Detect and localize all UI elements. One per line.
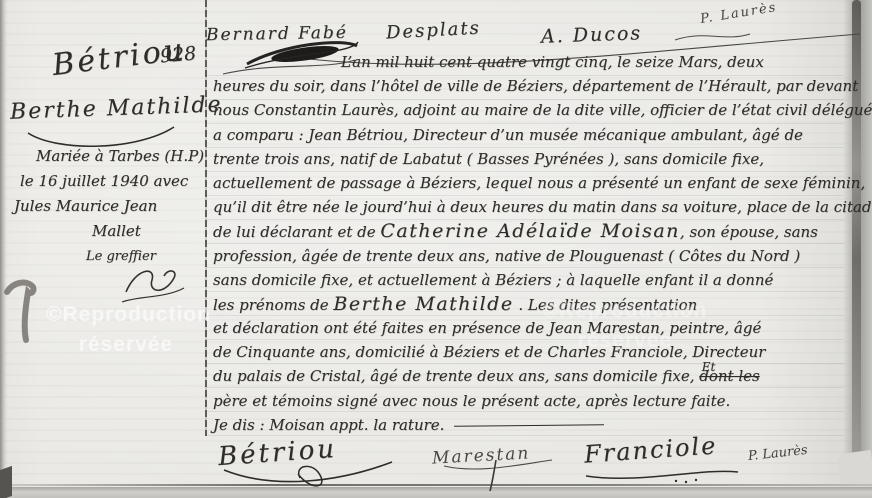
marriage-annotation-line: Mariée à Tarbes (H.P): [36, 144, 204, 169]
marriage-annotation-line: Jules Maurice Jean: [14, 194, 204, 219]
marestan-paraph-flourish: [438, 458, 558, 498]
interline-correction: Et: [702, 360, 716, 374]
act-text-line: sans domicile fixe, et actuellement à Bé…: [213, 268, 861, 292]
page-corner-bottom-left: [0, 466, 12, 498]
act-text: L’an mil huit cent quatre vingt cinq, le…: [341, 53, 764, 71]
act-text: les prénoms de: [213, 296, 333, 314]
act-text-line: heures du soir, dans l’hôtel de ville de…: [213, 74, 861, 98]
act-text: sans domicile fixe, et actuellement à Bé…: [213, 271, 773, 289]
act-text-line: nous Constantin Laurès, adjoint au maire…: [213, 98, 861, 122]
act-text-line: trente trois ans, natif de Labatut ( Bas…: [213, 147, 861, 171]
footer-signature-laures: P. Laurès: [747, 443, 808, 464]
act-text: nous Constantin Laurès, adjoint au maire…: [213, 101, 872, 119]
act-text-line: L’an mil huit cent quatre vingt cinq, le…: [213, 50, 861, 74]
clerk-paraph-flourish: [118, 262, 190, 310]
act-text: père et témoins signé avec nous le prése…: [213, 392, 730, 410]
marriage-annotation-line: le 16 juillet 1940 avec: [20, 169, 204, 194]
act-text-line: profession, âgée de trente deux ans, nat…: [213, 244, 861, 268]
page-left-edge: [0, 0, 6, 498]
act-text: trente trois ans, natif de Labatut ( Bas…: [213, 150, 764, 168]
birth-register-scan: Bétriou 928 Berthe Mathilde Mariée à Tar…: [0, 0, 872, 498]
pencil-mark: [2, 276, 50, 358]
act-text-line: les prénoms de Berthe Mathilde . Les dit…: [213, 292, 861, 316]
act-text-line: Je dis : Moisan appt. la rature.: [213, 413, 861, 437]
mother-name: Catherine Adélaïde Moisan: [380, 220, 680, 242]
act-text: , son épouse, sans: [680, 223, 818, 241]
spouse-surname: Mallet: [92, 219, 204, 244]
child-name: Berthe Mathilde: [333, 293, 513, 315]
act-text: a comparu : Jean Bétriou, Directeur d’un…: [213, 126, 803, 144]
watermark-text: réservée: [46, 330, 206, 360]
act-text: du palais de Cristal, âgé de trente deux…: [213, 367, 699, 385]
franciole-paraph-flourish: [580, 464, 745, 490]
betriou-paraph-flourish: [214, 452, 404, 498]
margin-given-names: Berthe Mathilde: [10, 92, 223, 124]
act-text: actuellement de passage à Béziers, leque…: [213, 174, 865, 192]
act-text: de Cinquante ans, domicilié à Béziers et…: [213, 343, 765, 361]
act-text: profession, âgée de trente deux ans, nat…: [213, 247, 800, 265]
closing-dash-flourish: [454, 425, 604, 428]
act-text-line: de Cinquante ans, domicilié à Béziers et…: [213, 340, 861, 364]
act-text-line: du palais de Cristal, âgé de trente deux…: [213, 364, 861, 388]
act-text: qu’il dit être née le jourd’hui à deux h…: [213, 198, 872, 216]
act-number: 928: [159, 42, 197, 67]
act-text-line: actuellement de passage à Béziers, leque…: [213, 171, 861, 195]
act-text: heures du soir, dans l’hôtel de ville de…: [213, 77, 858, 95]
act-text-line: a comparu : Jean Bétriou, Directeur d’un…: [213, 123, 861, 147]
act-text-line: et déclaration ont été faites en présenc…: [213, 316, 861, 340]
act-text-line: qu’il dit être née le jourd’hui à deux h…: [213, 195, 861, 219]
act-text: de lui déclarant et de: [213, 223, 380, 241]
act-text-line: père et témoins signé avec nous le prése…: [213, 389, 861, 413]
act-text: et déclaration ont été faites en présenc…: [213, 319, 761, 337]
act-text: Je dis : Moisan appt. la rature.: [213, 416, 444, 434]
marriage-annotation: Mariée à Tarbes (H.P) le 16 juillet 1940…: [14, 144, 204, 269]
act-text: . Les dites présentation: [514, 296, 698, 314]
act-text-line: de lui déclarant et de Catherine Adélaïd…: [213, 219, 861, 243]
act-body: L’an mil huit cent quatre vingt cinq, le…: [213, 50, 861, 437]
